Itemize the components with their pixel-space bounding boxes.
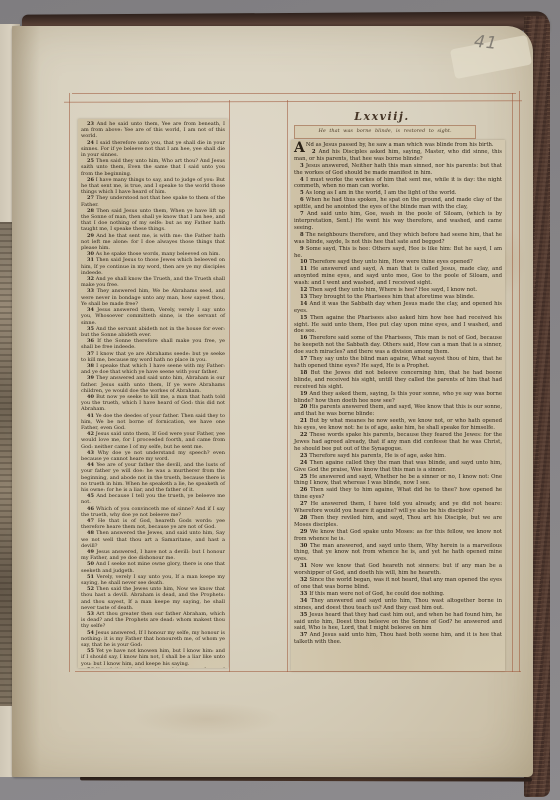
verse-number: 33 — [87, 288, 97, 294]
verse: 35 And the servant abideth not in the ho… — [81, 326, 225, 338]
verse-number: 45 — [87, 493, 96, 499]
verse-number: 35 — [87, 326, 96, 332]
rule-line — [64, 100, 522, 103]
section-number: Lxxviij. — [282, 110, 482, 123]
verse: 8 The neighbours therefore, and they whi… — [294, 232, 502, 246]
rule-line — [75, 671, 521, 672]
page-stain — [132, 702, 282, 736]
verse-number: 47 — [87, 518, 98, 524]
verse: 21 But by what meanes he now seeth, we k… — [294, 418, 502, 432]
verse: 7 And said unto him, Goe, wash in the po… — [294, 211, 502, 232]
verse: 56 Your father Abraham rejoyced to see m… — [81, 667, 225, 668]
verse-number: 49 — [87, 549, 96, 555]
verse-number: 16 — [300, 335, 310, 341]
verse-number: 56 — [87, 667, 96, 668]
verse: 9 Some sayd, This is hee: Others sayd, H… — [294, 246, 502, 260]
verse: 2 And his Disciples asked him, saying, M… — [294, 149, 502, 163]
verse-number: 36 — [87, 338, 97, 344]
verse: 52 Then said the Jewes unto him, Now we … — [81, 586, 225, 611]
rule-line — [229, 100, 230, 672]
verse: 50 And I seeke not mine owne glory, ther… — [81, 561, 225, 573]
verse: 37 And Jesus said unto him, Thou hast bo… — [294, 632, 502, 646]
verse-number: 5 — [300, 190, 306, 196]
verse-number: 13 — [300, 294, 309, 300]
verse-number: 27 — [87, 195, 96, 201]
verse: 34 Jesus answered them, Verely, verely I… — [81, 307, 225, 326]
verse-number: 35 — [300, 612, 309, 618]
verse-number: 37 — [300, 632, 310, 638]
verse-number: 51 — [87, 574, 96, 580]
verse-number: 32 — [300, 577, 309, 583]
verse-number: 8 — [300, 232, 306, 238]
section-title: He that was borne blinde, is restored to… — [294, 125, 476, 139]
verse: 18 But the Jewes did not beleeve concern… — [294, 370, 502, 391]
verse: 4 I must worke the workes of him that se… — [294, 177, 502, 191]
verse-number: 21 — [300, 418, 310, 424]
verse: 15 Then againe the Pharisees also asked … — [294, 315, 502, 336]
verse: 27 He answered them, I have told you alr… — [294, 501, 502, 515]
verse: 24 I said therefore unto you, that ye sh… — [81, 140, 225, 159]
verse-number: 25 — [87, 158, 96, 164]
verse-number: 20 — [300, 404, 309, 410]
verse: 11 He answered and sayd, A man that is c… — [294, 266, 502, 287]
verse: 10 Therefore sayd they unto him, How wer… — [294, 259, 502, 266]
verse-number: 55 — [87, 648, 96, 654]
verse: 32 Since the world began, was it not hea… — [294, 577, 502, 591]
verse-number: 34 — [87, 307, 97, 313]
verse: 17 They say unto the blind man againe, W… — [294, 356, 502, 370]
verse-number: 28 — [87, 208, 96, 214]
verse-number: 9 — [300, 246, 306, 252]
verse: 51 Verely, verely I say unto you, If a m… — [81, 574, 225, 586]
verse-number: 52 — [87, 586, 96, 592]
verse: 25 He answered and sayd, Whether he be a… — [294, 474, 502, 488]
verse-number: 30 — [300, 543, 310, 549]
book-cover-bottom-edge — [80, 776, 532, 781]
verse-number: 26 — [87, 177, 96, 183]
verse-number: 50 — [87, 561, 96, 567]
verse: 43 Why doe ye not understand my speech? … — [81, 450, 225, 462]
verse: 48 Then answered the Jewes, and said unt… — [81, 530, 225, 549]
verse-number: 29 — [300, 529, 310, 535]
verse: 45 And because I tell you the trueth, ye… — [81, 493, 225, 505]
verse-number: 7 — [300, 211, 307, 217]
verse: 29 We know that God spake unto Moses: as… — [294, 529, 502, 543]
verse: 5 As long as I am in the world, I am the… — [294, 190, 502, 197]
rule-line — [72, 93, 516, 94]
verse: 44 Yee are of your father the devill, an… — [81, 462, 225, 493]
verse: 39 They answered and said unto him, Abra… — [81, 375, 225, 394]
verse-number: 54 — [87, 630, 96, 636]
verse-number: 12 — [300, 287, 309, 293]
verse-number: 43 — [87, 450, 98, 456]
verse-number: 29 — [87, 233, 96, 239]
left-text-column: 23 And he said unto them, Yee are from b… — [78, 119, 228, 668]
verse-number: 41 — [87, 413, 96, 419]
verse: 53 Art thou greater then our father Abra… — [81, 611, 225, 630]
verse-number: 10 — [300, 259, 309, 265]
verse: 32 And ye shall know the Trueth, and the… — [81, 276, 225, 288]
verse: 12 Then sayd they unto him, Where is hee… — [294, 287, 502, 294]
verse: 14 And it was the Sabbath day when Jesus… — [294, 301, 502, 315]
rule-line — [287, 100, 288, 672]
verse: 37 I know that ye are Abrahams seede: bu… — [81, 351, 225, 363]
verse-number: 18 — [300, 370, 311, 376]
verse-number: 2 — [312, 149, 319, 155]
verse-number: 31 — [87, 257, 96, 263]
verse: 49 Jesus answered, I have not a devill: … — [81, 549, 225, 561]
verse: 20 His parents answered them, and sayd, … — [294, 404, 502, 418]
verse: 3 Jesus answered, Neither hath this man … — [294, 163, 502, 177]
verse: 22 These words spake his parents, becaus… — [294, 432, 502, 453]
verse-number: 3 — [300, 163, 306, 169]
verse-number: 32 — [87, 276, 96, 282]
verse: 24 Then againe called they the man that … — [294, 460, 502, 474]
verse-number: 28 — [300, 515, 310, 521]
verse: 13 They brought to the Pharisees him tha… — [294, 294, 502, 301]
rule-line — [519, 91, 520, 672]
verse: 34 They answered and sayd unto him, Thou… — [294, 598, 502, 612]
verse-number: 34 — [300, 598, 311, 604]
verse-number: 40 — [87, 394, 96, 400]
verse-number: 22 — [300, 432, 309, 438]
verse-number: 25 — [300, 474, 309, 480]
verse-number: 53 — [87, 611, 96, 617]
verse: 42 Jesus said unto them, If God were you… — [81, 431, 225, 450]
verse-number: 30 — [87, 251, 96, 257]
verse-number: 39 — [87, 375, 96, 381]
verse: 31 Then said Jesus to those Jewes which … — [81, 257, 225, 276]
verse: 26 I have many things to say, and to jud… — [81, 177, 225, 196]
verse: 33 They answered him, We be Abrahams see… — [81, 288, 225, 307]
verse: 40 But now ye seeke to kill me, a man th… — [81, 394, 225, 413]
verse: 27 They understood not that hee spake to… — [81, 195, 225, 207]
verse: 54 Jesus answered, If I honour my selfe,… — [81, 630, 225, 649]
right-text-column: ANd as Jesus passed by, he saw a man whi… — [291, 140, 505, 671]
verse: 31 Now we know that God heareth not sinn… — [294, 563, 502, 577]
verse: 23 And he said unto them, Yee are from b… — [81, 121, 225, 140]
verse: 33 If this man were not of God, he could… — [294, 591, 502, 598]
drop-cap: A — [294, 142, 305, 154]
verse-number: 38 — [87, 363, 96, 369]
verse: 41 Ye doe the deedes of your father. The… — [81, 413, 225, 432]
verse-number: 17 — [300, 356, 310, 362]
verse: 29 And he that sent me, is with me: the … — [81, 233, 225, 252]
verse-number: 24 — [300, 460, 310, 466]
verse: 28 Then said Jesus unto them, When ye ha… — [81, 208, 225, 233]
verse: 26 Then said they to him againe, What di… — [294, 487, 502, 501]
verse: 30 The man answered, and sayd unto them,… — [294, 543, 502, 564]
rule-line — [69, 93, 70, 672]
verse: 19 And they asked them, saying, Is this … — [294, 391, 502, 405]
verse-number: 23 — [87, 121, 97, 127]
verse-number: 42 — [87, 431, 96, 437]
photograph-backdrop: 41 Lxxviij. He that was borne blinde, is… — [0, 0, 560, 800]
verse-number: 26 — [300, 487, 310, 493]
verse-number: 48 — [87, 530, 96, 536]
verse: 36 If the Sonne therefore shall make you… — [81, 338, 225, 350]
verse-number: 27 — [300, 501, 311, 507]
verse: 16 Therefore said some of the Pharisees,… — [294, 335, 502, 356]
verse: 23 Therefore sayd his parents, He is of … — [294, 453, 502, 460]
verse-number: 19 — [300, 391, 309, 397]
verse: 47 He that is of God, heareth Gods words… — [81, 518, 225, 530]
verse: ANd as Jesus passed by, he saw a man whi… — [294, 142, 502, 149]
verse-number: 15 — [300, 315, 310, 321]
verse-number: 46 — [87, 506, 96, 512]
verse: 6 When he had thus spoken, he spat on th… — [294, 197, 502, 211]
verse-number: 23 — [300, 453, 309, 459]
verse-number: 37 — [87, 351, 96, 357]
verse-number: 4 — [300, 177, 306, 183]
verse: 25 Then said they unto him, Who art thou… — [81, 158, 225, 177]
verse-number: 33 — [300, 591, 309, 597]
verse-number: 6 — [300, 197, 306, 203]
rule-line — [512, 93, 513, 672]
verse-number: 11 — [300, 266, 310, 272]
book-page: 41 Lxxviij. He that was borne blinde, is… — [12, 26, 533, 777]
verse-number: 31 — [300, 563, 311, 569]
verse-number: 44 — [87, 462, 96, 468]
verse: 46 Which of you convinceth me of sinne? … — [81, 506, 225, 518]
verse: 38 I speake that which I have seene with… — [81, 363, 225, 375]
verse-number: 24 — [87, 140, 96, 146]
verse-number: 14 — [300, 301, 310, 307]
verse: 55 Yet ye have not knowen him, but I kno… — [81, 648, 225, 667]
verse: 35 Jesus heard that they had cast him ou… — [294, 612, 502, 633]
verse: 28 Then they reviled him, and sayd, Thou… — [294, 515, 502, 529]
